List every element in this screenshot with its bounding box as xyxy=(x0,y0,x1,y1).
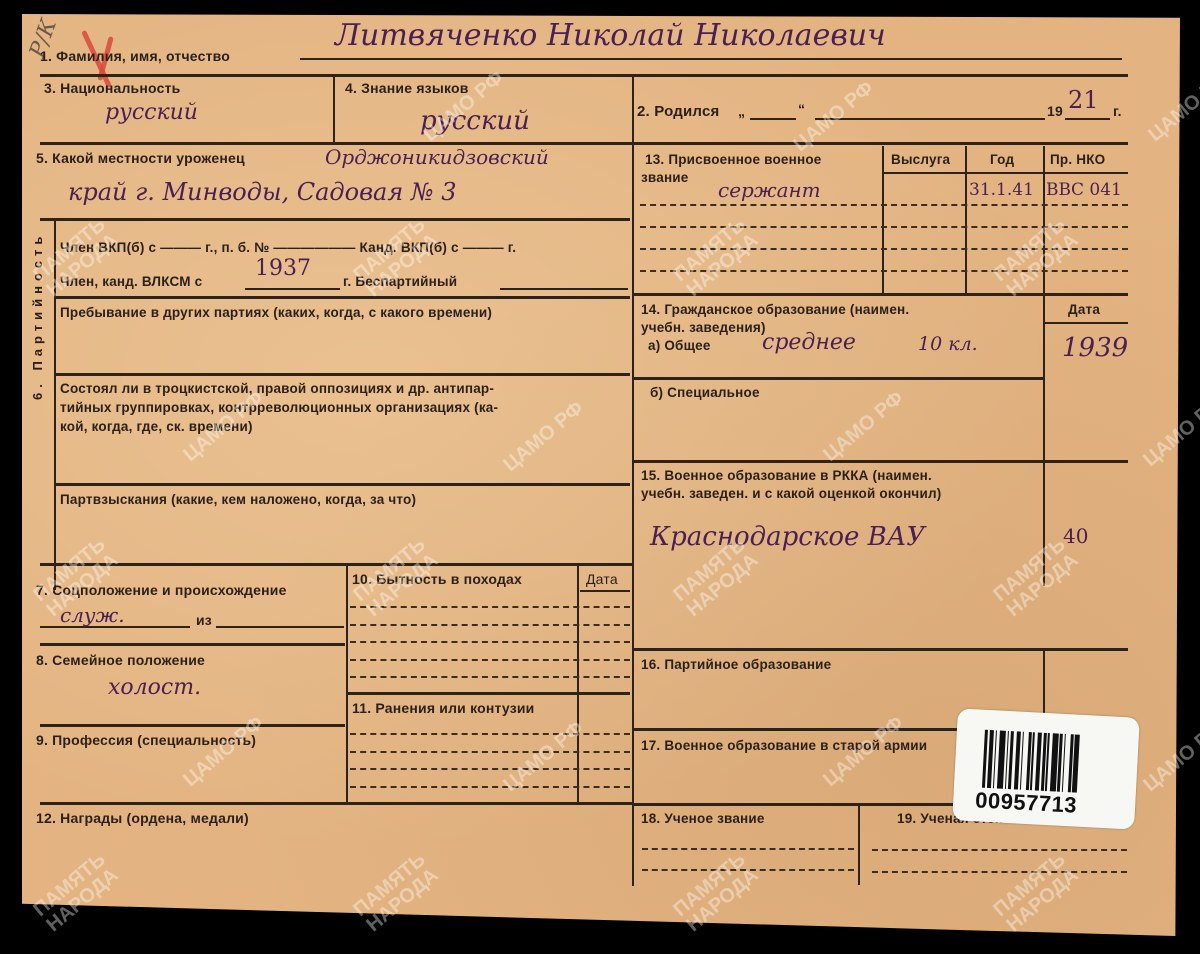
general-edu-value: среднее xyxy=(762,330,856,355)
special-edu-label: б) Специальное xyxy=(650,385,760,400)
field-rank-label-2: звание xyxy=(641,170,689,185)
party-penalties-label: Партвзыскания (какие, кем наложено, когд… xyxy=(60,492,416,507)
party-vlksm-prefix: Член, канд. ВЛКСМ с xyxy=(60,274,202,289)
field-party-edu-label: 16. Партийное образование xyxy=(641,657,831,672)
party-section-label: 6. Партийность xyxy=(30,232,45,400)
party-opposition-line1: Состоял ли в троцкистской, правой оппози… xyxy=(60,381,494,396)
field-born-label: 2. Родился xyxy=(637,103,719,120)
general-edu-date: 1939 xyxy=(1062,333,1128,363)
barcode-sticker: 00957713 xyxy=(952,708,1140,829)
rank-year-value: 31.1.41 xyxy=(969,180,1034,200)
col-order-header: Пр. НКО xyxy=(1050,152,1105,167)
field-name-label: 1. Фамилия, имя, отчество xyxy=(40,48,230,64)
field-military-edu-label-1: 15. Военное образование в РККА (наимен. xyxy=(641,468,932,483)
party-nonparty-label: г. Беспартийный xyxy=(343,274,457,289)
field-nationality-value: русский xyxy=(105,100,198,125)
col-year-header: Год xyxy=(990,152,1014,167)
col-service-header: Выслуга xyxy=(891,152,950,167)
field-social-value: служ. xyxy=(60,603,125,627)
birthplace-line1: Орджоникидзовский xyxy=(325,145,549,169)
party-other-parties-label: Пребывание в других партиях (каких, когд… xyxy=(60,305,492,320)
born-quote-close: “ xyxy=(798,101,805,117)
field-social-from-label: из xyxy=(196,612,212,628)
rank-order-value: ВВС 041 xyxy=(1046,180,1122,200)
field-military-edu-label-2: учебн. заведен. и с какой оценкой окончи… xyxy=(641,486,941,501)
field-languages-value: русский xyxy=(420,106,530,136)
born-year-prefix: 19 xyxy=(1047,103,1063,119)
military-edu-date: 40 xyxy=(1063,524,1088,548)
field-awards-label: 12. Награды (ордена, медали) xyxy=(36,810,249,826)
field-rank-label-1: 13. Присвоенное военное xyxy=(645,152,822,167)
field-campaigns-label: 10. Бытность в походах xyxy=(352,571,522,587)
party-opposition-line2: тийных группировках, контрреволюционных … xyxy=(60,400,498,415)
field-languages-label: 4. Знание языков xyxy=(345,80,469,96)
field-nationality-label: 3. Национальность xyxy=(44,80,180,96)
field-profession-label: 9. Профессия (специальность) xyxy=(36,732,256,748)
born-quote-open: „ xyxy=(738,103,745,119)
party-opposition-line3: кой, когда, где, ск. времени) xyxy=(60,419,253,434)
party-vkp-line: Член ВКП(б) с ——— г., п. б. № —————— Кан… xyxy=(60,240,516,255)
field-rank-value: сержант xyxy=(718,178,821,202)
field-birthplace-label: 5. Какой местности уроженец xyxy=(36,150,245,166)
party-vlksm-year: 1937 xyxy=(255,256,311,281)
barcode-icon xyxy=(982,730,1109,794)
born-year-suffix: г. xyxy=(1113,103,1122,119)
field-family-value: холост. xyxy=(108,675,201,700)
field-civil-edu-label-2: учебн. заведения) xyxy=(641,320,766,335)
general-edu-label: а) Общее xyxy=(648,338,711,353)
field-wounds-label: 11. Ранения или контузии xyxy=(352,700,535,716)
field-name-value: Литвяченко Николай Николаевич xyxy=(335,18,886,53)
born-year-value: 21 xyxy=(1068,86,1099,114)
military-edu-value: Краснодарское ВАУ xyxy=(650,522,925,552)
campaigns-date-header: Дата xyxy=(586,571,618,587)
birthplace-line2: край г. Минводы, Садовая № 3 xyxy=(68,178,457,206)
field-social-label: 7. Соцположение и происхождение xyxy=(36,582,287,598)
field-family-label: 8. Семейное положение xyxy=(36,652,205,668)
barcode-number: 00957713 xyxy=(975,787,1078,818)
field-old-army-edu-label: 17. Военное образование в старой армии xyxy=(641,738,927,753)
civil-edu-date-header: Дата xyxy=(1068,302,1100,317)
general-edu-grade: 10 кл. xyxy=(918,333,978,355)
field-civil-edu-label-1: 14. Гражданское образование (наимен. xyxy=(641,302,909,317)
field-academic-title-label: 18. Ученое звание xyxy=(641,811,765,826)
